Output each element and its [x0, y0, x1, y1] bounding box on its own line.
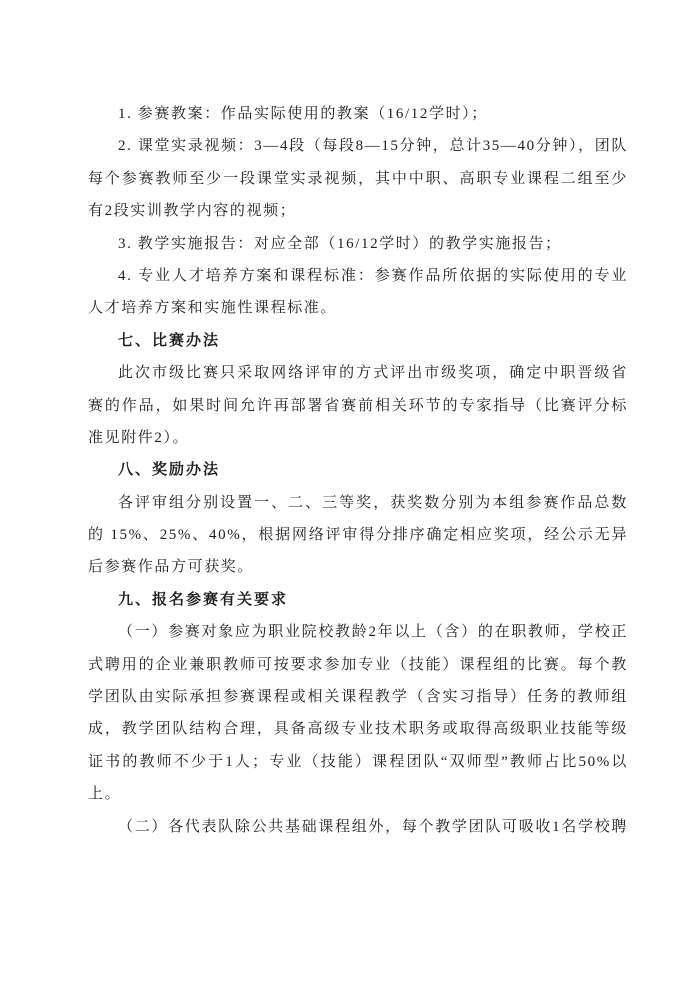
submission-materials-section: 1. 参赛教案：作品实际使用的教案（16/12学时）； 2. 课堂实录视频：3—… [88, 98, 628, 325]
text-line: 成，教学团队结构合理，具备高级专业技术职务或取得高级职业技能等级 [88, 713, 628, 745]
text-line: 后参赛作品方可获奖。 [88, 551, 628, 583]
text-line: 赛的作品，如果时间允许再部署省赛前相关环节的专家指导（比赛评分标 [88, 390, 628, 422]
paragraph-lesson-plan: 1. 参赛教案：作品实际使用的教案（16/12学时）； [88, 98, 628, 130]
text-line: （一）参赛对象应为职业院校教龄2年以上（含）的在职教师，学校正 [88, 616, 628, 648]
document-page: 1. 参赛教案：作品实际使用的教案（16/12学时）； 2. 课堂实录视频：3—… [88, 98, 628, 843]
text-line: 每个参赛教师至少一段课堂实录视频，其中中职、高职专业课程二组至少 [88, 163, 628, 195]
text-line: 人才培养方案和实施性课程标准。 [88, 292, 628, 324]
paragraph-team-composition: （二）各代表队除公共基础课程组外，每个教学团队可吸收1名学校聘 [88, 811, 628, 843]
text-line: 此次市级比赛只采取网络评审的方式评出市级奖项，确定中职晋级省 [88, 357, 628, 389]
text-line: 4. 专业人才培养方案和课程标准：参赛作品所依据的实际使用的专业 [88, 260, 628, 292]
text-line: 准见附件2）。 [88, 422, 628, 454]
paragraph-award-method: 各评审组分别设置一、二、三等奖，获奖数分别为本组参赛作品总数 的 15%、25%… [88, 487, 628, 584]
paragraph-competition-method: 此次市级比赛只采取网络评审的方式评出市级奖项，确定中职晋级省 赛的作品，如果时间… [88, 357, 628, 454]
text-line: 各评审组分别设置一、二、三等奖，获奖数分别为本组参赛作品总数 [88, 487, 628, 519]
text-line: 的 15%、25%、40%，根据网络评审得分排序确定相应奖项，经公示无异议 [88, 519, 628, 551]
section-heading: 八、奖励办法 [88, 454, 628, 486]
section-registration-requirements: 九、报名参赛有关要求 （一）参赛对象应为职业院校教龄2年以上（含）的在职教师，学… [88, 584, 628, 843]
text-line: 上。 [88, 778, 628, 810]
text-line: 有2段实训教学内容的视频； [88, 195, 628, 227]
paragraph-classroom-video: 2. 课堂实录视频：3—4段（每段8—15分钟，总计35—40分钟），团队 每个… [88, 130, 628, 227]
section-heading: 七、比赛办法 [88, 325, 628, 357]
text-line: 3. 教学实施报告：对应全部（16/12学时）的教学实施报告； [88, 228, 628, 260]
text-line: 证书的教师不少于1人；专业（技能）课程团队“双师型”教师占比50%以 [88, 746, 628, 778]
section-heading: 九、报名参赛有关要求 [88, 584, 628, 616]
paragraph-teaching-report: 3. 教学实施报告：对应全部（16/12学时）的教学实施报告； [88, 228, 628, 260]
text-line: （二）各代表队除公共基础课程组外，每个教学团队可吸收1名学校聘 [88, 811, 628, 843]
paragraph-eligibility: （一）参赛对象应为职业院校教龄2年以上（含）的在职教师，学校正 式聘用的企业兼职… [88, 616, 628, 810]
section-competition-method: 七、比赛办法 此次市级比赛只采取网络评审的方式评出市级奖项，确定中职晋级省 赛的… [88, 325, 628, 455]
text-line: 式聘用的企业兼职教师可按要求参加专业（技能）课程组的比赛。每个教 [88, 649, 628, 681]
text-line: 1. 参赛教案：作品实际使用的教案（16/12学时）； [88, 98, 628, 130]
paragraph-training-plan: 4. 专业人才培养方案和课程标准：参赛作品所依据的实际使用的专业 人才培养方案和… [88, 260, 628, 325]
text-line: 2. 课堂实录视频：3—4段（每段8—15分钟，总计35—40分钟），团队 [88, 130, 628, 162]
text-line: 学团队由实际承担参赛课程或相关课程教学（含实习指导）任务的教师组 [88, 681, 628, 713]
section-award-method: 八、奖励办法 各评审组分别设置一、二、三等奖，获奖数分别为本组参赛作品总数 的 … [88, 454, 628, 584]
